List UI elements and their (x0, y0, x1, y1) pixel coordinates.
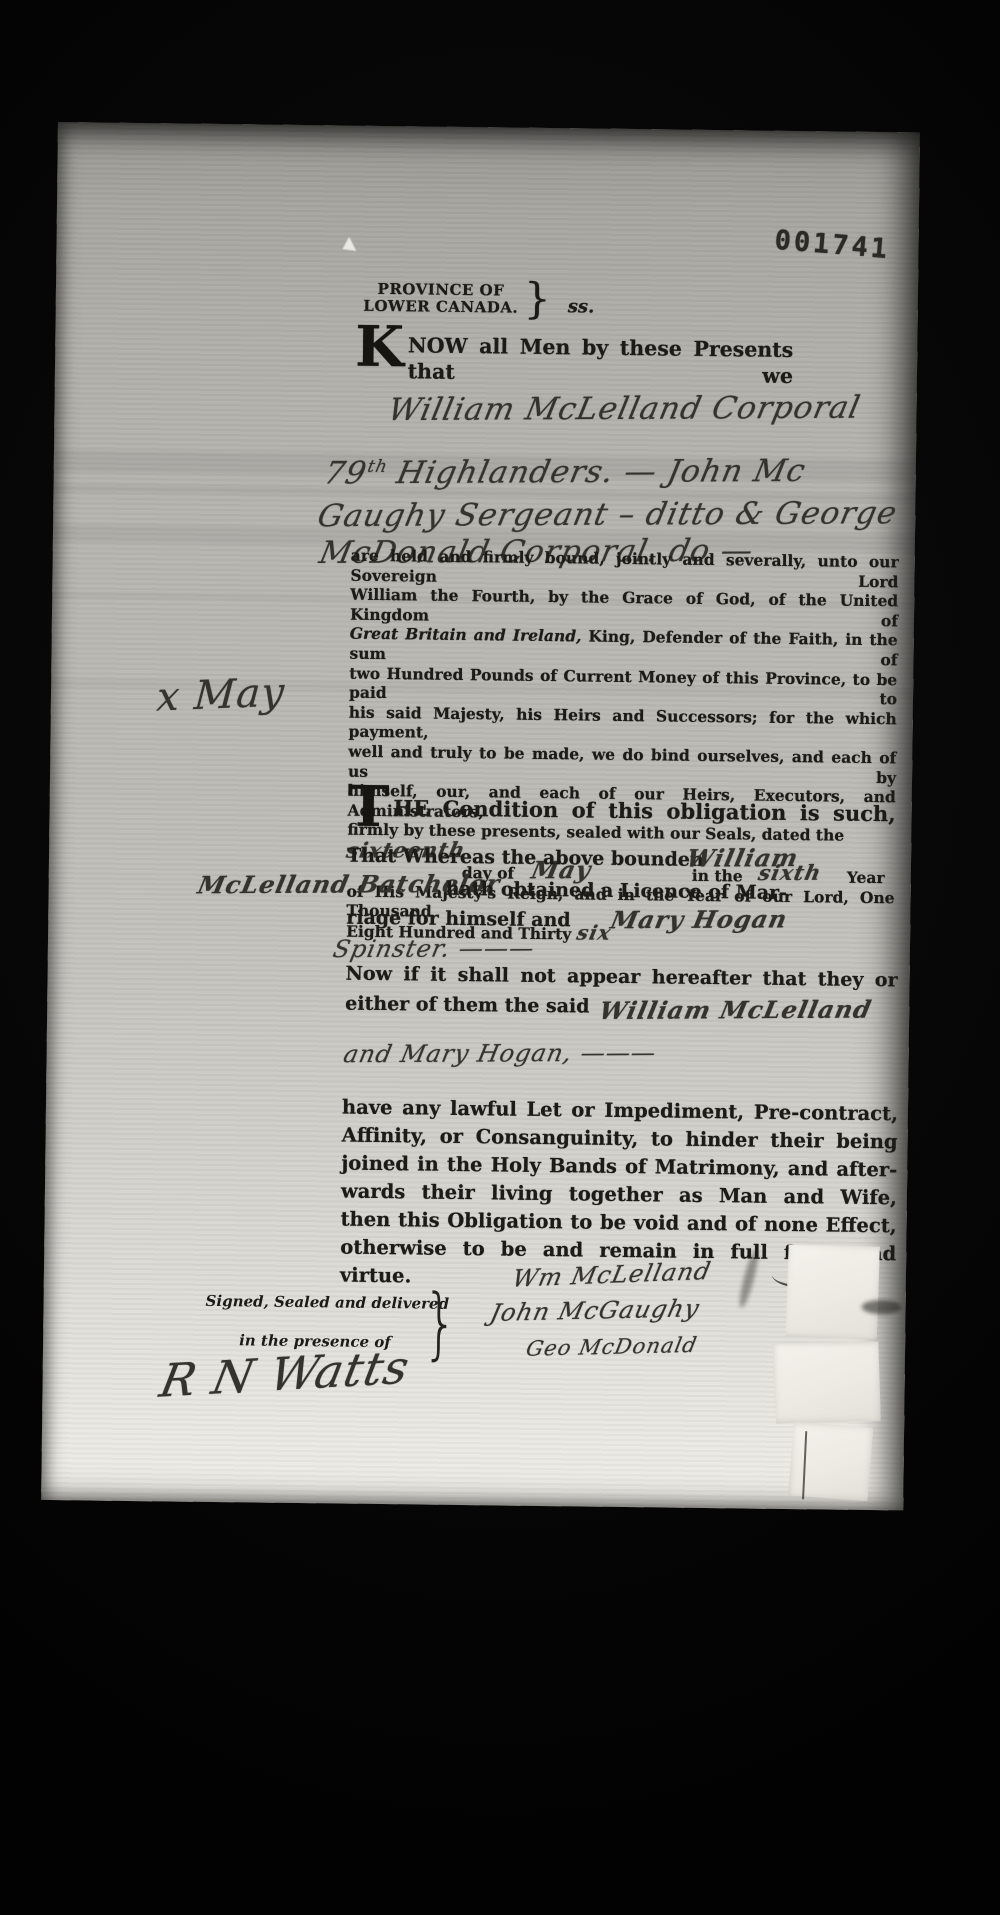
handwritten-text: x May (155, 670, 286, 721)
bond-line: his said Majesty, his Heirs and Successo… (348, 702, 896, 748)
handwritten-party-line: 79th Highlanders. — John Mc (326, 451, 805, 493)
witness-signature: R N Watts (162, 1345, 407, 1402)
wafer-seal (772, 1341, 880, 1424)
attestation-line1: Signed, Sealed and delivered (205, 1292, 449, 1313)
bond-line: two Hundred Pounds of Current Money of t… (349, 663, 897, 709)
handwritten-text: John McGaughy (487, 1294, 702, 1327)
handwritten-text: Wm McLelland (510, 1257, 714, 1293)
margin-note: x May (157, 671, 285, 719)
dropcap-T: T (347, 786, 389, 829)
opening-text: NOW all Men by these Presents that we (355, 326, 794, 389)
handwritten-party-line: William McLelland Corporal (389, 388, 859, 430)
handwritten-text: Gaughy Sergeant – ditto & George (314, 495, 900, 534)
stamp-number: 001741 (773, 225, 891, 265)
bond-line: are held and firmly bound, jointly and s… (350, 546, 898, 592)
bond-line-italic: Great Britain and Ireland, (350, 624, 582, 646)
handwritten-and-bride: and Mary Hogan, ——— (341, 1039, 659, 1069)
condition-heading-text: HE Condition of this obligation is such, (347, 786, 895, 828)
bond-line: well and truly to be made, we do bind ou… (348, 742, 896, 788)
condition-heading: T HE Condition of this obligation is suc… (347, 786, 895, 835)
whereas-line: Spinster. ——— (334, 933, 535, 963)
party-signature: John McGaughy (491, 1295, 698, 1326)
handwritten-groom-first: William (684, 846, 800, 871)
handwritten-text: 79th Highlanders. — John Mc (321, 453, 809, 491)
handwritten-text: Geo McDonald (524, 1333, 699, 1361)
ss-abbreviation: ss. (568, 296, 595, 317)
wafer-seal (788, 1422, 873, 1502)
handwritten-groom-full: William McLelland (597, 998, 874, 1023)
bond-line: William the Fourth, by the Grace of God,… (350, 585, 898, 631)
attestation-brace: } (422, 1279, 458, 1369)
now-if-line: either of them the said William McLellan… (345, 992, 897, 1023)
party-signature: Geo McDonald (527, 1334, 697, 1360)
bond-line: Great Britain and Ireland, King, Defende… (349, 624, 897, 670)
scanned-document-photo: 001741 PROVINCE OF LOWER CANADA. } ss. K… (0, 0, 1000, 1915)
wafer-seal (781, 1241, 883, 1343)
printed-text: hath obtained a Licence of Mar- (446, 877, 788, 905)
handwritten-text: William McLelland Corporal (385, 390, 864, 428)
handwritten-text: R N Watts (156, 1340, 415, 1408)
handwritten-bride: Mary Hogan (608, 907, 789, 932)
handwritten-party-line: Gaughy Sergeant – ditto & George (319, 493, 896, 536)
province-heading: PROVINCE OF LOWER CANADA. (356, 281, 526, 317)
document-paper: 001741 PROVINCE OF LOWER CANADA. } ss. K… (41, 122, 920, 1510)
ink-smudge (861, 1300, 901, 1314)
opening-clause: K NOW all Men by these Presents that we (355, 326, 794, 389)
and-bride-line: and Mary Hogan, ——— (344, 1038, 655, 1070)
now-if-line: Now if it shall not appear hereafter tha… (345, 962, 897, 993)
header-brace: } (524, 274, 551, 323)
handwritten-bride-status: Spinster. ——— (331, 934, 538, 963)
party-signature: Wm McLelland (514, 1260, 710, 1290)
dropcap-K: K (355, 326, 404, 369)
paper-tear-speck (342, 237, 360, 256)
